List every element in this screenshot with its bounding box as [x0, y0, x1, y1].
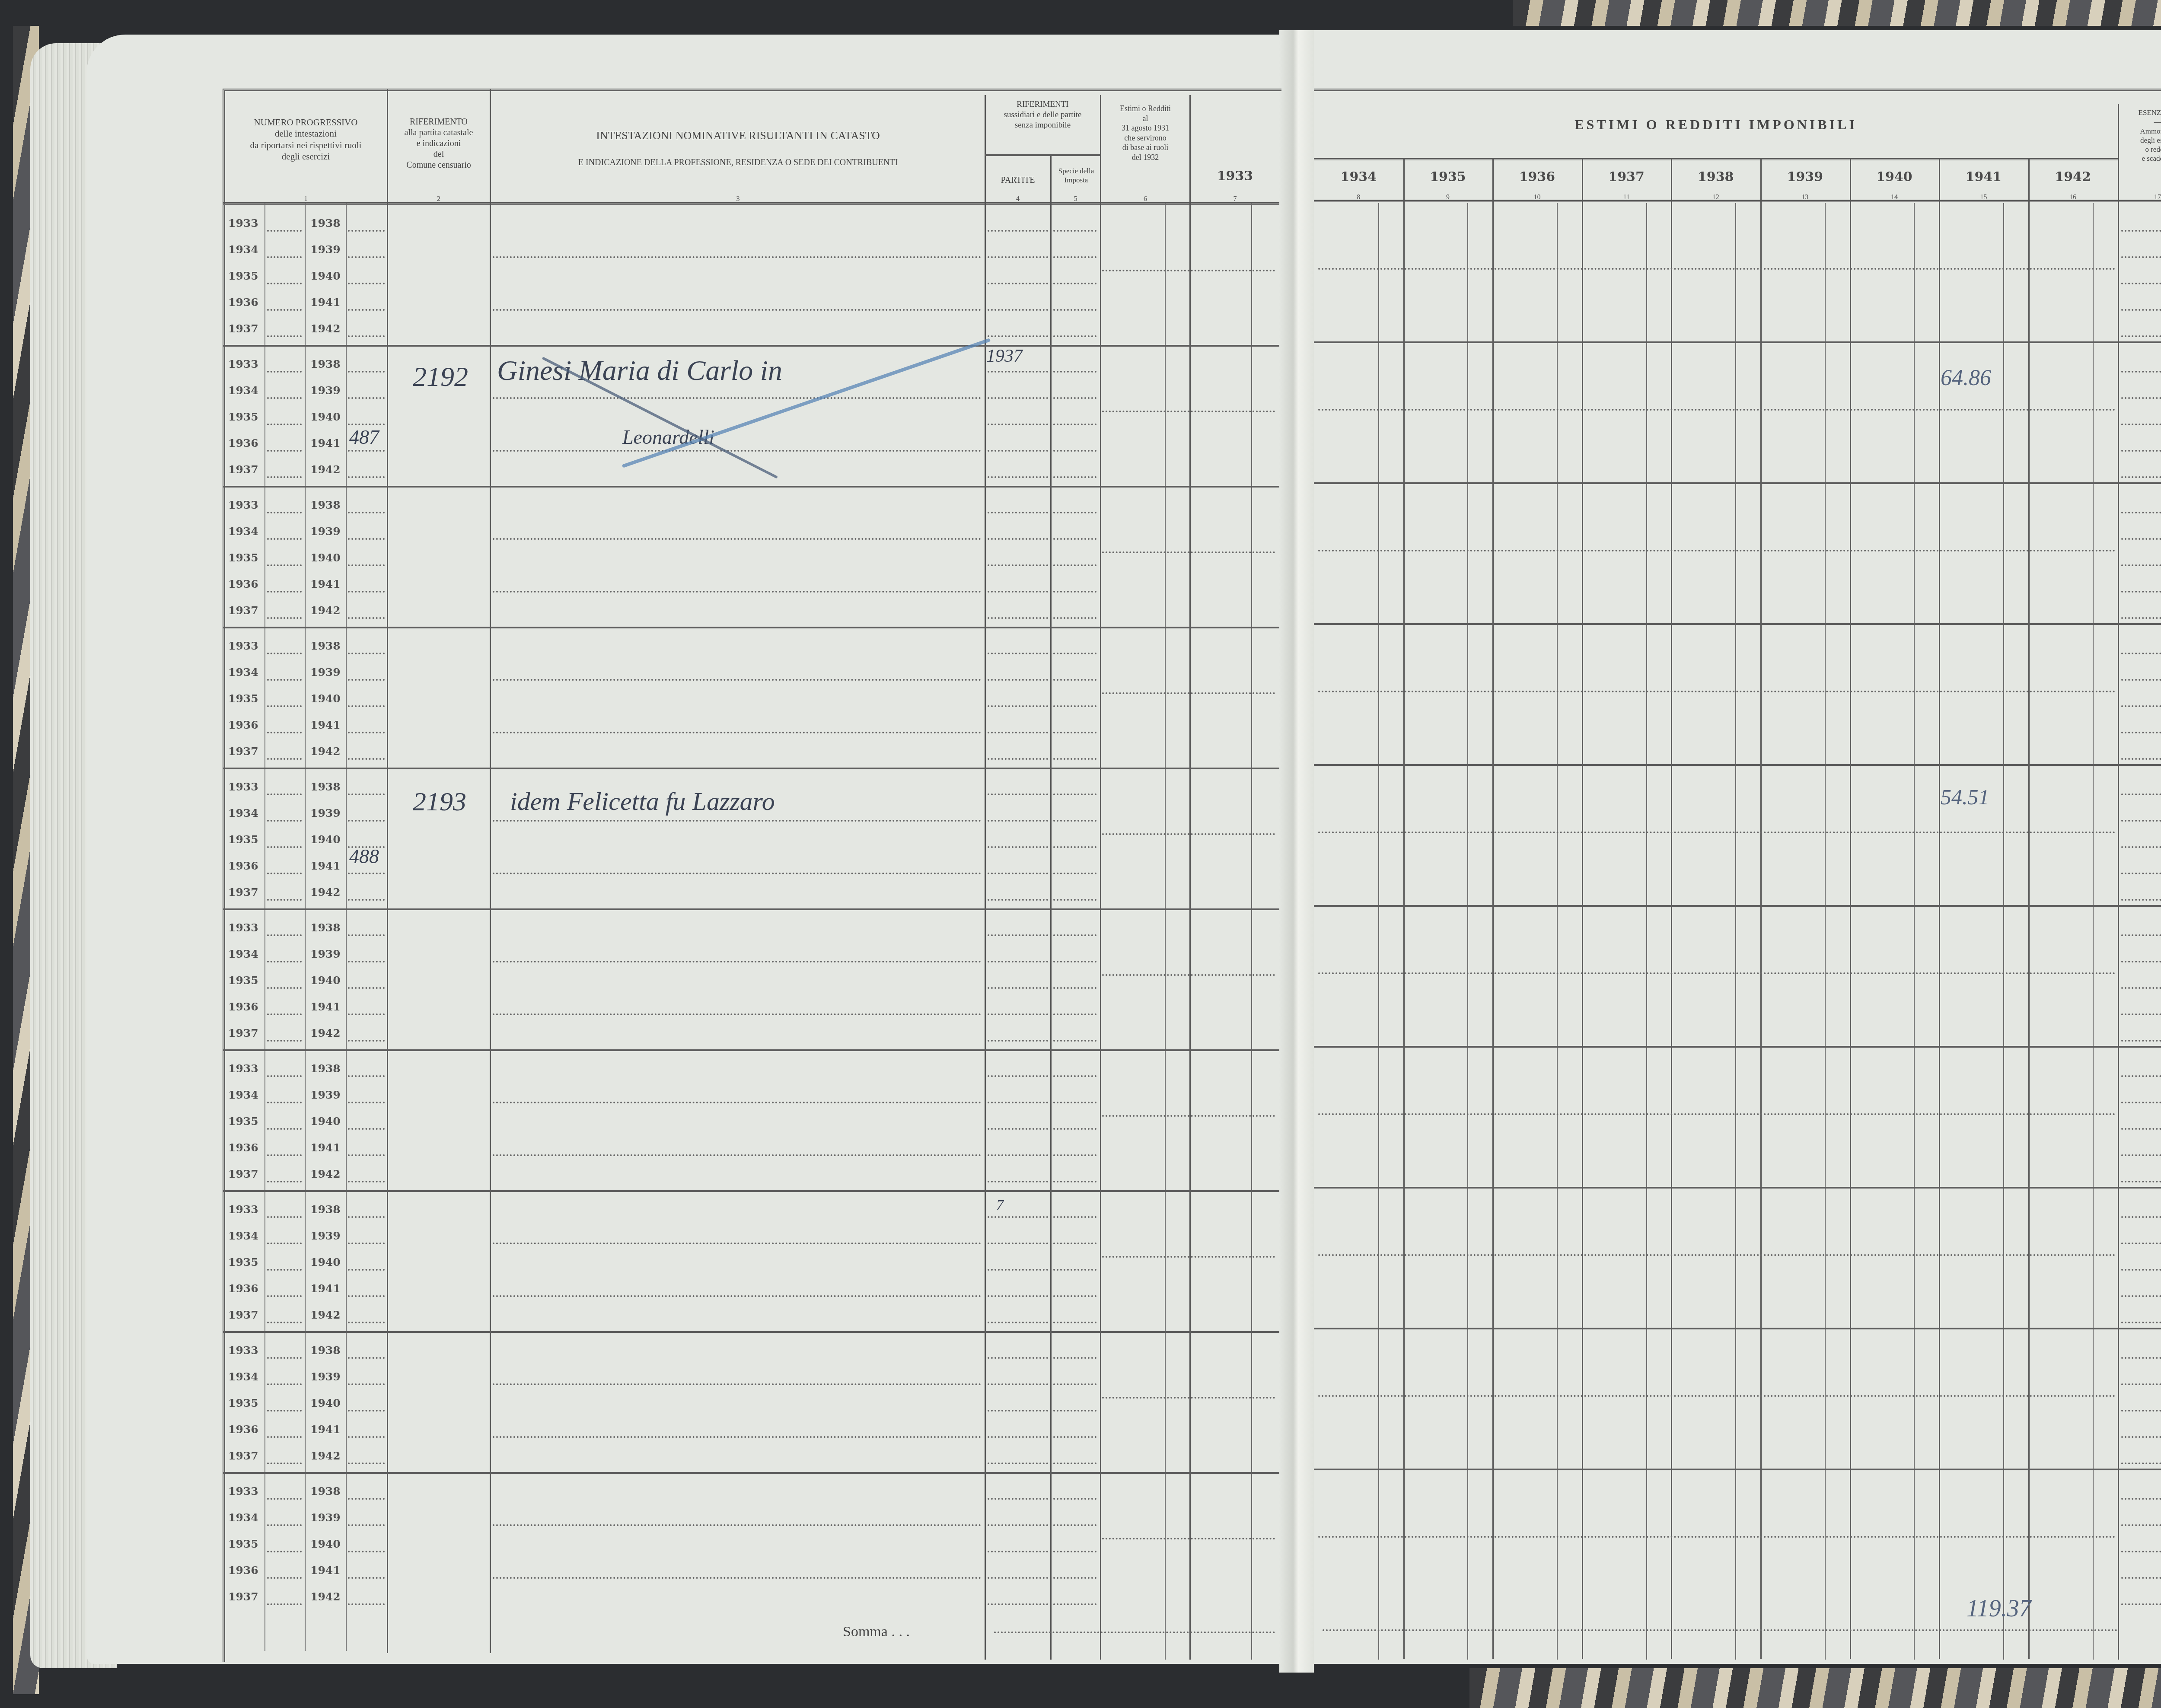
dotted-rule [348, 309, 385, 311]
dotted-rule [2121, 1383, 2161, 1385]
dotted-rule [348, 424, 385, 425]
dotted-rule [1053, 987, 1096, 989]
dotted-rule [1053, 1013, 1096, 1015]
year-label-left: 1936 [228, 1001, 258, 1013]
year-label-right: 1942 [310, 1168, 341, 1180]
block-separator [223, 1049, 1279, 1051]
dotted-rule [493, 1295, 981, 1297]
dotted-rule [2121, 1269, 2161, 1271]
year-label-left: 1935 [228, 692, 258, 705]
dotted-rule [1102, 551, 1275, 553]
dotted-rule [2121, 653, 2161, 654]
dotted-rule [988, 230, 1048, 232]
esenzioni-header: ESENZIONI — Ammontare degli estimi o red… [2119, 108, 2161, 163]
col-divider [1403, 159, 1405, 1659]
dotted-rule [2121, 1181, 2161, 1182]
dotted-rule [267, 873, 302, 874]
dotted-rule [2121, 679, 2161, 681]
year-label-right: 1942 [310, 604, 341, 617]
block-separator [223, 345, 1279, 347]
dotted-rule [267, 793, 302, 795]
dotted-rule [267, 1357, 302, 1359]
dotted-rule [2121, 758, 2161, 760]
dotted-rule [2121, 1216, 2161, 1218]
dotted-rule [348, 758, 385, 760]
col5-label: Specie della Imposta [1055, 166, 1098, 185]
dotted-rule [988, 846, 1048, 848]
dotted-rule [1102, 974, 1275, 976]
dotted-rule [2121, 1551, 2161, 1552]
dotted-rule [1318, 1113, 2116, 1115]
dotted-rule [493, 1577, 981, 1579]
dotted-rule [493, 538, 981, 540]
dotted-rule [988, 1181, 1048, 1182]
year-label-right: 1941 [310, 296, 341, 309]
dotted-rule [988, 1075, 1048, 1077]
col-subdivider [2003, 203, 2004, 1660]
year-label-right: 1938 [310, 217, 341, 229]
year-label-left: 1937 [228, 604, 258, 617]
sum-1941: 119.37 [1967, 1595, 2031, 1622]
year-label-left: 1936 [228, 719, 258, 731]
year-label-right: 1938 [310, 640, 341, 652]
dotted-rule [2121, 987, 2161, 989]
year-label-left: 1937 [228, 1309, 258, 1321]
esenzioni-title: ESENZIONI [2119, 108, 2161, 117]
col3-title: INTESTAZIONI NOMINATIVE RISULTANTI IN CA… [493, 129, 983, 143]
year-label-left: 1934 [228, 1089, 258, 1101]
dotted-rule [1053, 309, 1096, 311]
year-label-left: 1937 [228, 1027, 258, 1039]
dotted-rule [988, 1498, 1048, 1500]
esenzioni-line: Ammontare [2119, 127, 2161, 136]
year-label-right: 1940 [310, 270, 341, 282]
dotted-rule [2121, 1075, 2161, 1077]
dotted-rule [988, 476, 1048, 478]
book-gutter [1279, 30, 1314, 1673]
dotted-rule [348, 1102, 385, 1103]
block-separator [223, 768, 1279, 769]
dotted-rule [348, 873, 385, 874]
dotted-rule [493, 1383, 981, 1385]
dotted-rule [1053, 256, 1096, 258]
dotted-rule [2121, 1322, 2161, 1323]
dotted-rule [1053, 1383, 1096, 1385]
col-subdivider [1251, 203, 1252, 1660]
year-col-num: 12 [1671, 194, 1760, 201]
year-label-right: 1941 [310, 860, 341, 872]
dotted-rule [988, 591, 1048, 593]
col45-title-text: RIFERIMENTI [985, 99, 1100, 110]
dotted-rule [1102, 1397, 1275, 1399]
col-divider [490, 89, 491, 1653]
year-label-right: 1939 [310, 1370, 341, 1383]
dotted-rule [348, 1383, 385, 1385]
block8-mark: 7 [996, 1197, 1004, 1214]
dotted-rule [267, 1436, 302, 1438]
dotted-rule [1053, 899, 1096, 901]
col1-title-text: NUMERO PROGRESSIVO [225, 117, 387, 128]
dotted-rule [988, 309, 1048, 311]
sum-line-left [994, 1632, 1275, 1633]
dotted-rule [2121, 1577, 2161, 1579]
dotted-rule [493, 732, 981, 733]
year-label-right: 1938 [310, 1485, 341, 1498]
year-label-left: 1934 [228, 807, 258, 819]
dotted-rule [1053, 1154, 1096, 1156]
dotted-rule [2121, 846, 2161, 848]
dotted-rule [348, 283, 385, 284]
dotted-rule [1318, 268, 2116, 270]
col2-num: 2 [388, 195, 490, 203]
year-label-left: 1933 [228, 499, 258, 511]
col1-subdivider [346, 203, 347, 1651]
dotted-rule [493, 256, 981, 258]
dotted-rule [2121, 230, 2161, 232]
dotted-rule [2121, 476, 2161, 478]
block-separator [1314, 341, 2161, 343]
dotted-rule [348, 450, 385, 452]
dotted-rule [267, 1128, 302, 1130]
dotted-rule [1102, 411, 1275, 412]
dotted-rule [988, 1154, 1048, 1156]
dotted-rule [988, 450, 1048, 452]
dotted-rule [1102, 692, 1275, 694]
year-label-right: 1939 [310, 1089, 341, 1101]
dotted-rule [1053, 1102, 1096, 1103]
col-divider [1939, 159, 1940, 1659]
year-label-right: 1938 [310, 358, 341, 370]
dotted-rule [2121, 1357, 2161, 1359]
col-subdivider [1165, 203, 1166, 1660]
dotted-rule [493, 1243, 981, 1244]
dotted-rule [1053, 1551, 1096, 1552]
year-label-left: 1937 [228, 745, 258, 758]
col-divider [1100, 95, 1101, 1660]
year-label-left: 1934 [228, 384, 258, 397]
dotted-rule [267, 564, 302, 566]
year-label-right: 1942 [310, 886, 341, 899]
col2-line: Comune censuario [388, 160, 490, 171]
dotted-rule [988, 653, 1048, 654]
dotted-rule [493, 820, 981, 822]
col1-num: 1 [225, 195, 387, 203]
dotted-rule [1053, 424, 1096, 425]
entry1-side-number: 487 [349, 426, 379, 449]
dotted-rule [2121, 335, 2161, 337]
dotted-rule [267, 732, 302, 733]
col1-line: da riportarsi nei rispettivi ruoli [225, 140, 387, 151]
dotted-rule [2121, 1013, 2161, 1015]
dotted-rule [348, 679, 385, 681]
dotted-rule [2121, 873, 2161, 874]
dotted-rule [988, 538, 1048, 540]
dotted-rule [267, 1181, 302, 1182]
col45-line: senza imponibile [985, 120, 1100, 131]
col-subdivider [2093, 203, 2094, 1660]
dotted-rule [267, 1075, 302, 1077]
dotted-rule [348, 1128, 385, 1130]
block-separator [1314, 764, 2161, 766]
year-label-right: 1942 [310, 1027, 341, 1039]
dotted-rule [2121, 1154, 2161, 1156]
dotted-rule [267, 591, 302, 593]
year-label-right: 1940 [310, 974, 341, 987]
dotted-rule [348, 899, 385, 901]
esenzioni-dash: — [2119, 117, 2161, 126]
entry2-name-line1: idem Felicetta fu Lazzaro [510, 787, 775, 816]
dotted-rule [2121, 899, 2161, 901]
year-label-left: 1935 [228, 411, 258, 423]
dotted-rule [1102, 1538, 1275, 1539]
year-col-num: 16 [2028, 194, 2118, 201]
dotted-rule [988, 283, 1048, 284]
dotted-rule [1053, 705, 1096, 707]
dotted-rule [2121, 732, 2161, 733]
year-label-left: 1936 [228, 1282, 258, 1295]
dotted-rule [267, 1040, 302, 1042]
dotted-rule [1053, 873, 1096, 874]
dotted-rule [267, 1243, 302, 1244]
dotted-rule [493, 591, 981, 593]
dotted-rule [2121, 1524, 2161, 1526]
year-label-right: 1940 [310, 692, 341, 705]
dotted-rule [493, 397, 981, 399]
year-label-left: 1934 [228, 666, 258, 679]
year-col-num: 9 [1403, 194, 1493, 201]
col-divider [1189, 95, 1191, 1660]
year-label-left: 1936 [228, 296, 258, 309]
dotted-rule [1053, 1498, 1096, 1500]
dotted-rule [348, 538, 385, 540]
year-label-right: 1939 [310, 384, 341, 397]
dotted-rule [1053, 283, 1096, 284]
year-label-right: 1938 [310, 921, 341, 934]
col1-line: degli esercizi [225, 151, 387, 162]
dotted-rule [493, 1102, 981, 1103]
dotted-rule [1318, 972, 2116, 974]
year-label-left: 1935 [228, 1397, 258, 1409]
year-label-left: 1934 [228, 1230, 258, 1242]
dotted-rule [493, 1436, 981, 1438]
dotted-rule [1053, 512, 1096, 513]
col-divider [1492, 159, 1494, 1659]
entry2-side-number: 488 [349, 845, 379, 868]
dotted-rule [2121, 1295, 2161, 1297]
year-header-1938: 1938 [1671, 169, 1760, 185]
year-label-left: 1935 [228, 1256, 258, 1268]
block-separator [223, 1190, 1279, 1192]
year-header-1939: 1939 [1760, 169, 1850, 185]
year-label-right: 1942 [310, 745, 341, 758]
dotted-rule [348, 1243, 385, 1244]
year-label-right: 1939 [310, 525, 341, 538]
block-separator [223, 486, 1279, 488]
dotted-rule [1053, 1322, 1096, 1323]
col-divider [1582, 159, 1583, 1659]
dotted-rule [2121, 424, 2161, 425]
dotted-rule [1053, 1243, 1096, 1244]
dotted-rule [1053, 961, 1096, 962]
dotted-rule [493, 961, 981, 962]
dotted-rule [267, 424, 302, 425]
dotted-rule [348, 1498, 385, 1500]
year-label-right: 1941 [310, 1001, 341, 1013]
dotted-rule [348, 820, 385, 822]
col2-line: e indicazioni [388, 138, 490, 149]
year-label-right: 1941 [310, 578, 341, 590]
col7-year: 1933 [1191, 169, 1279, 184]
dotted-rule [348, 987, 385, 989]
dotted-rule [267, 476, 302, 478]
col6-line: al [1101, 114, 1189, 124]
dotted-rule [267, 397, 302, 399]
year-label-left: 1934 [228, 243, 258, 256]
col-divider [2118, 104, 2119, 1660]
left-ledger-table [223, 89, 1281, 1662]
year-label-right: 1939 [310, 1230, 341, 1242]
dotted-rule [1053, 1181, 1096, 1182]
dotted-rule [348, 732, 385, 733]
dotted-rule [988, 1243, 1048, 1244]
dotted-rule [493, 309, 981, 311]
year-label-left: 1933 [228, 1062, 258, 1075]
col-subdivider [1914, 203, 1915, 1660]
dotted-rule [988, 1269, 1048, 1271]
dotted-rule [1053, 1603, 1096, 1605]
col2-line: alla partita catastale [388, 127, 490, 138]
dotted-rule [267, 1216, 302, 1218]
dotted-rule [348, 564, 385, 566]
dotted-rule [348, 1322, 385, 1323]
dotted-rule [348, 230, 385, 232]
dotted-rule [988, 899, 1048, 901]
dotted-rule [988, 705, 1048, 707]
dotted-rule [1053, 820, 1096, 822]
dotted-rule [1318, 1536, 2116, 1538]
year-label-right: 1940 [310, 1256, 341, 1268]
year-col-num: 10 [1492, 194, 1582, 201]
year-label-right: 1938 [310, 1062, 341, 1075]
dotted-rule [1053, 591, 1096, 593]
dotted-rule [988, 1013, 1048, 1015]
dotted-rule [1053, 1357, 1096, 1359]
year-label-left: 1937 [228, 1590, 258, 1603]
dotted-rule [988, 873, 1048, 874]
dotted-rule [348, 1040, 385, 1042]
dotted-rule [348, 1357, 385, 1359]
col-divider [1760, 159, 1762, 1659]
col45-title: RIFERIMENTI sussidiari e delle partite s… [985, 99, 1100, 130]
dotted-rule [1102, 1115, 1275, 1117]
dotted-rule [1053, 230, 1096, 232]
dotted-rule [988, 1322, 1048, 1323]
dotted-rule [1053, 1436, 1096, 1438]
dotted-rule [267, 987, 302, 989]
dotted-rule [493, 450, 981, 452]
year-label-left: 1935 [228, 270, 258, 282]
dotted-rule [267, 1013, 302, 1015]
year-label-right: 1940 [310, 1115, 341, 1128]
dotted-rule [1053, 653, 1096, 654]
dotted-rule [988, 1102, 1048, 1103]
dotted-rule [2121, 617, 2161, 619]
dotted-rule [988, 512, 1048, 513]
dotted-rule [2121, 961, 2161, 962]
dotted-rule [348, 617, 385, 619]
dotted-rule [2121, 1102, 2161, 1103]
dotted-rule [1053, 934, 1096, 936]
year-col-num: 13 [1760, 194, 1850, 201]
dotted-rule [493, 1154, 981, 1156]
year-label-right: 1941 [310, 1282, 341, 1295]
dotted-rule [267, 335, 302, 337]
dotted-rule [267, 309, 302, 311]
dotted-rule [988, 1410, 1048, 1412]
right-ledger-table [1314, 89, 2161, 1662]
year-label-left: 1934 [228, 1370, 258, 1383]
dotted-rule [267, 758, 302, 760]
dotted-rule [267, 934, 302, 936]
dotted-rule [1053, 1216, 1096, 1218]
col7-num: 7 [1191, 195, 1279, 203]
dotted-rule [493, 1524, 981, 1526]
year-label-right: 1938 [310, 1344, 341, 1357]
year-header-1937: 1937 [1582, 169, 1671, 185]
year-label-left: 1935 [228, 1538, 258, 1550]
dotted-rule [988, 424, 1048, 425]
col6-line: che servirono [1101, 133, 1189, 143]
dotted-rule [348, 1295, 385, 1297]
year-label-left: 1933 [228, 217, 258, 229]
dotted-rule [1053, 732, 1096, 733]
year-label-left: 1936 [228, 578, 258, 590]
dotted-rule [988, 793, 1048, 795]
dotted-rule [348, 476, 385, 478]
dotted-rule [988, 335, 1048, 337]
year-label-right: 1942 [310, 322, 341, 335]
year-label-left: 1937 [228, 463, 258, 476]
col-subdivider [1467, 203, 1468, 1660]
dotted-rule [1053, 476, 1096, 478]
year-label-right: 1939 [310, 948, 341, 960]
col6-line: del 1932 [1101, 153, 1189, 163]
year-col-num: 14 [1850, 194, 1939, 201]
block-separator [1314, 1046, 2161, 1048]
dotted-rule [348, 1551, 385, 1552]
dotted-rule [348, 1577, 385, 1579]
col-subdivider [1557, 203, 1558, 1660]
col45-header-rule [985, 154, 1100, 156]
dotted-rule [267, 512, 302, 513]
entry1-partita-ref: 2192 [413, 361, 468, 393]
dotted-rule [267, 1603, 302, 1605]
sum-line-right [1323, 1629, 2118, 1631]
year-label-left: 1934 [228, 1511, 258, 1524]
dotted-rule [2121, 1128, 2161, 1130]
col-divider [1050, 156, 1052, 1660]
year-label-left: 1934 [228, 948, 258, 960]
year-header-1942: 1942 [2028, 169, 2118, 185]
dotted-rule [988, 1295, 1048, 1297]
dotted-rule [1318, 691, 2116, 692]
block-separator [1314, 905, 2161, 907]
year-label-left: 1935 [228, 551, 258, 564]
dotted-rule [988, 1577, 1048, 1579]
dotted-rule [267, 1410, 302, 1412]
entry2-partita-ref: 2193 [413, 787, 466, 817]
dotted-rule [1053, 538, 1096, 540]
